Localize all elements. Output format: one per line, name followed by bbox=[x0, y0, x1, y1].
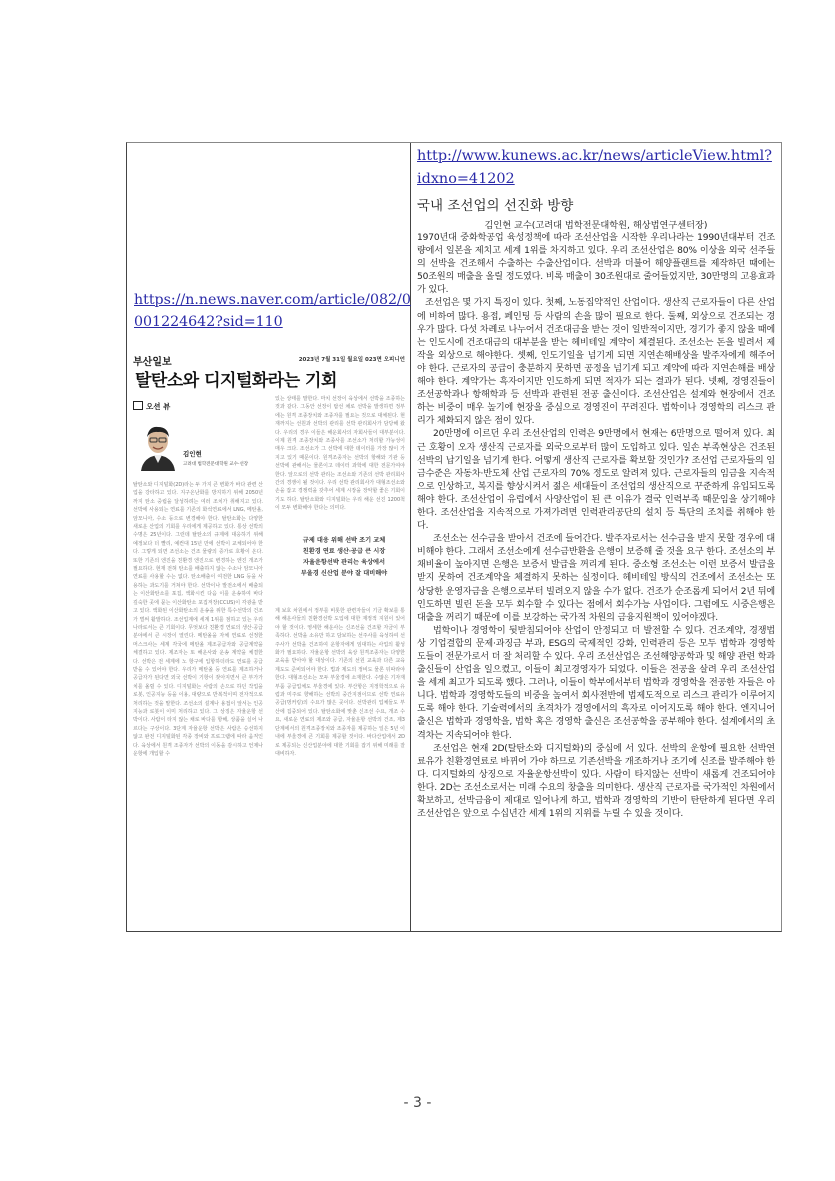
author-title: 고려대 법학전문대학원 교수·선장 bbox=[183, 461, 248, 467]
newspaper-date: 2023년 7월 31일 월요일 023면 오피니언 bbox=[299, 355, 405, 363]
author-name: 김인현 bbox=[183, 449, 202, 458]
book-icon bbox=[133, 401, 143, 410]
kunews-article-link[interactable]: http://www.kunews.ac.kr/news/articleView… bbox=[417, 145, 775, 191]
naver-article-link[interactable]: https://n.news.naver.com/article/082/000… bbox=[134, 289, 414, 333]
page-number: - 3 - bbox=[0, 1095, 835, 1111]
author-photo bbox=[139, 423, 177, 471]
article-paragraph: 법학이나 경영학이 뒷받침되어야 산업이 안정되고 더 발전할 수 있다. 건조… bbox=[417, 625, 775, 743]
left-cell: https://n.news.naver.com/article/082/000… bbox=[127, 143, 411, 931]
article-paragraph: 조선업은 몇 가지 특징이 있다. 첫째, 노동집약적인 산업이다. 생산직 근… bbox=[417, 297, 775, 428]
pull-quote: 규제 대응 위해 선박 조기 교체 친환경 연료 생산·공급 큰 시장 자율운항… bbox=[289, 535, 399, 579]
article-paragraph: 조선소는 선수금을 받아서 건조에 들어간다. 발주자로서는 선수금을 받지 못… bbox=[417, 533, 775, 625]
article-paragraph: 조선업은 현재 2D(탈탄소와 디지털화)의 중심에 서 있다. 선박의 운항에… bbox=[417, 743, 775, 822]
right-cell: http://www.kunews.ac.kr/news/articleView… bbox=[411, 143, 781, 931]
clipping-column-1: 탈탄소와 디지털화(2D)라는 두 가지 큰 변화가 바다 관련 산업을 강타하… bbox=[133, 481, 263, 783]
clipping-column-3: 계 보호 차원에서 정부를 비롯한 관련자들이 기금 확보를 통해 해운사들의 … bbox=[275, 607, 405, 783]
article-paragraph: 20만명에 이르던 우리 조선산업의 인력은 9만명에서 현재는 6만명으로 떨… bbox=[417, 428, 775, 533]
article-title: 국내 조선업의 선진화 방향 bbox=[417, 194, 775, 214]
column-label: 오션 뷰 bbox=[133, 401, 170, 412]
article-paragraph: 1970년대 중화학공업 육성정책에 따라 조선산업을 시작한 우리나라는 19… bbox=[417, 232, 775, 297]
clipping-headline: 탈탄소와 디지털화라는 기회 bbox=[135, 366, 337, 391]
clipping-column-2: 있는 상태를 말한다. 마치 선장이 육상에서 선박을 조종하는 것과 같다. … bbox=[275, 395, 405, 521]
newspaper-clipping: 부산일보 2023년 7월 31일 월요일 023면 오피니언 탈탄소와 디지털… bbox=[133, 353, 405, 783]
comparison-table: https://n.news.naver.com/article/082/000… bbox=[126, 142, 782, 932]
article-byline: 김인현 교수(고려대 법학전문대학원, 해상법연구센터장) bbox=[417, 217, 775, 231]
